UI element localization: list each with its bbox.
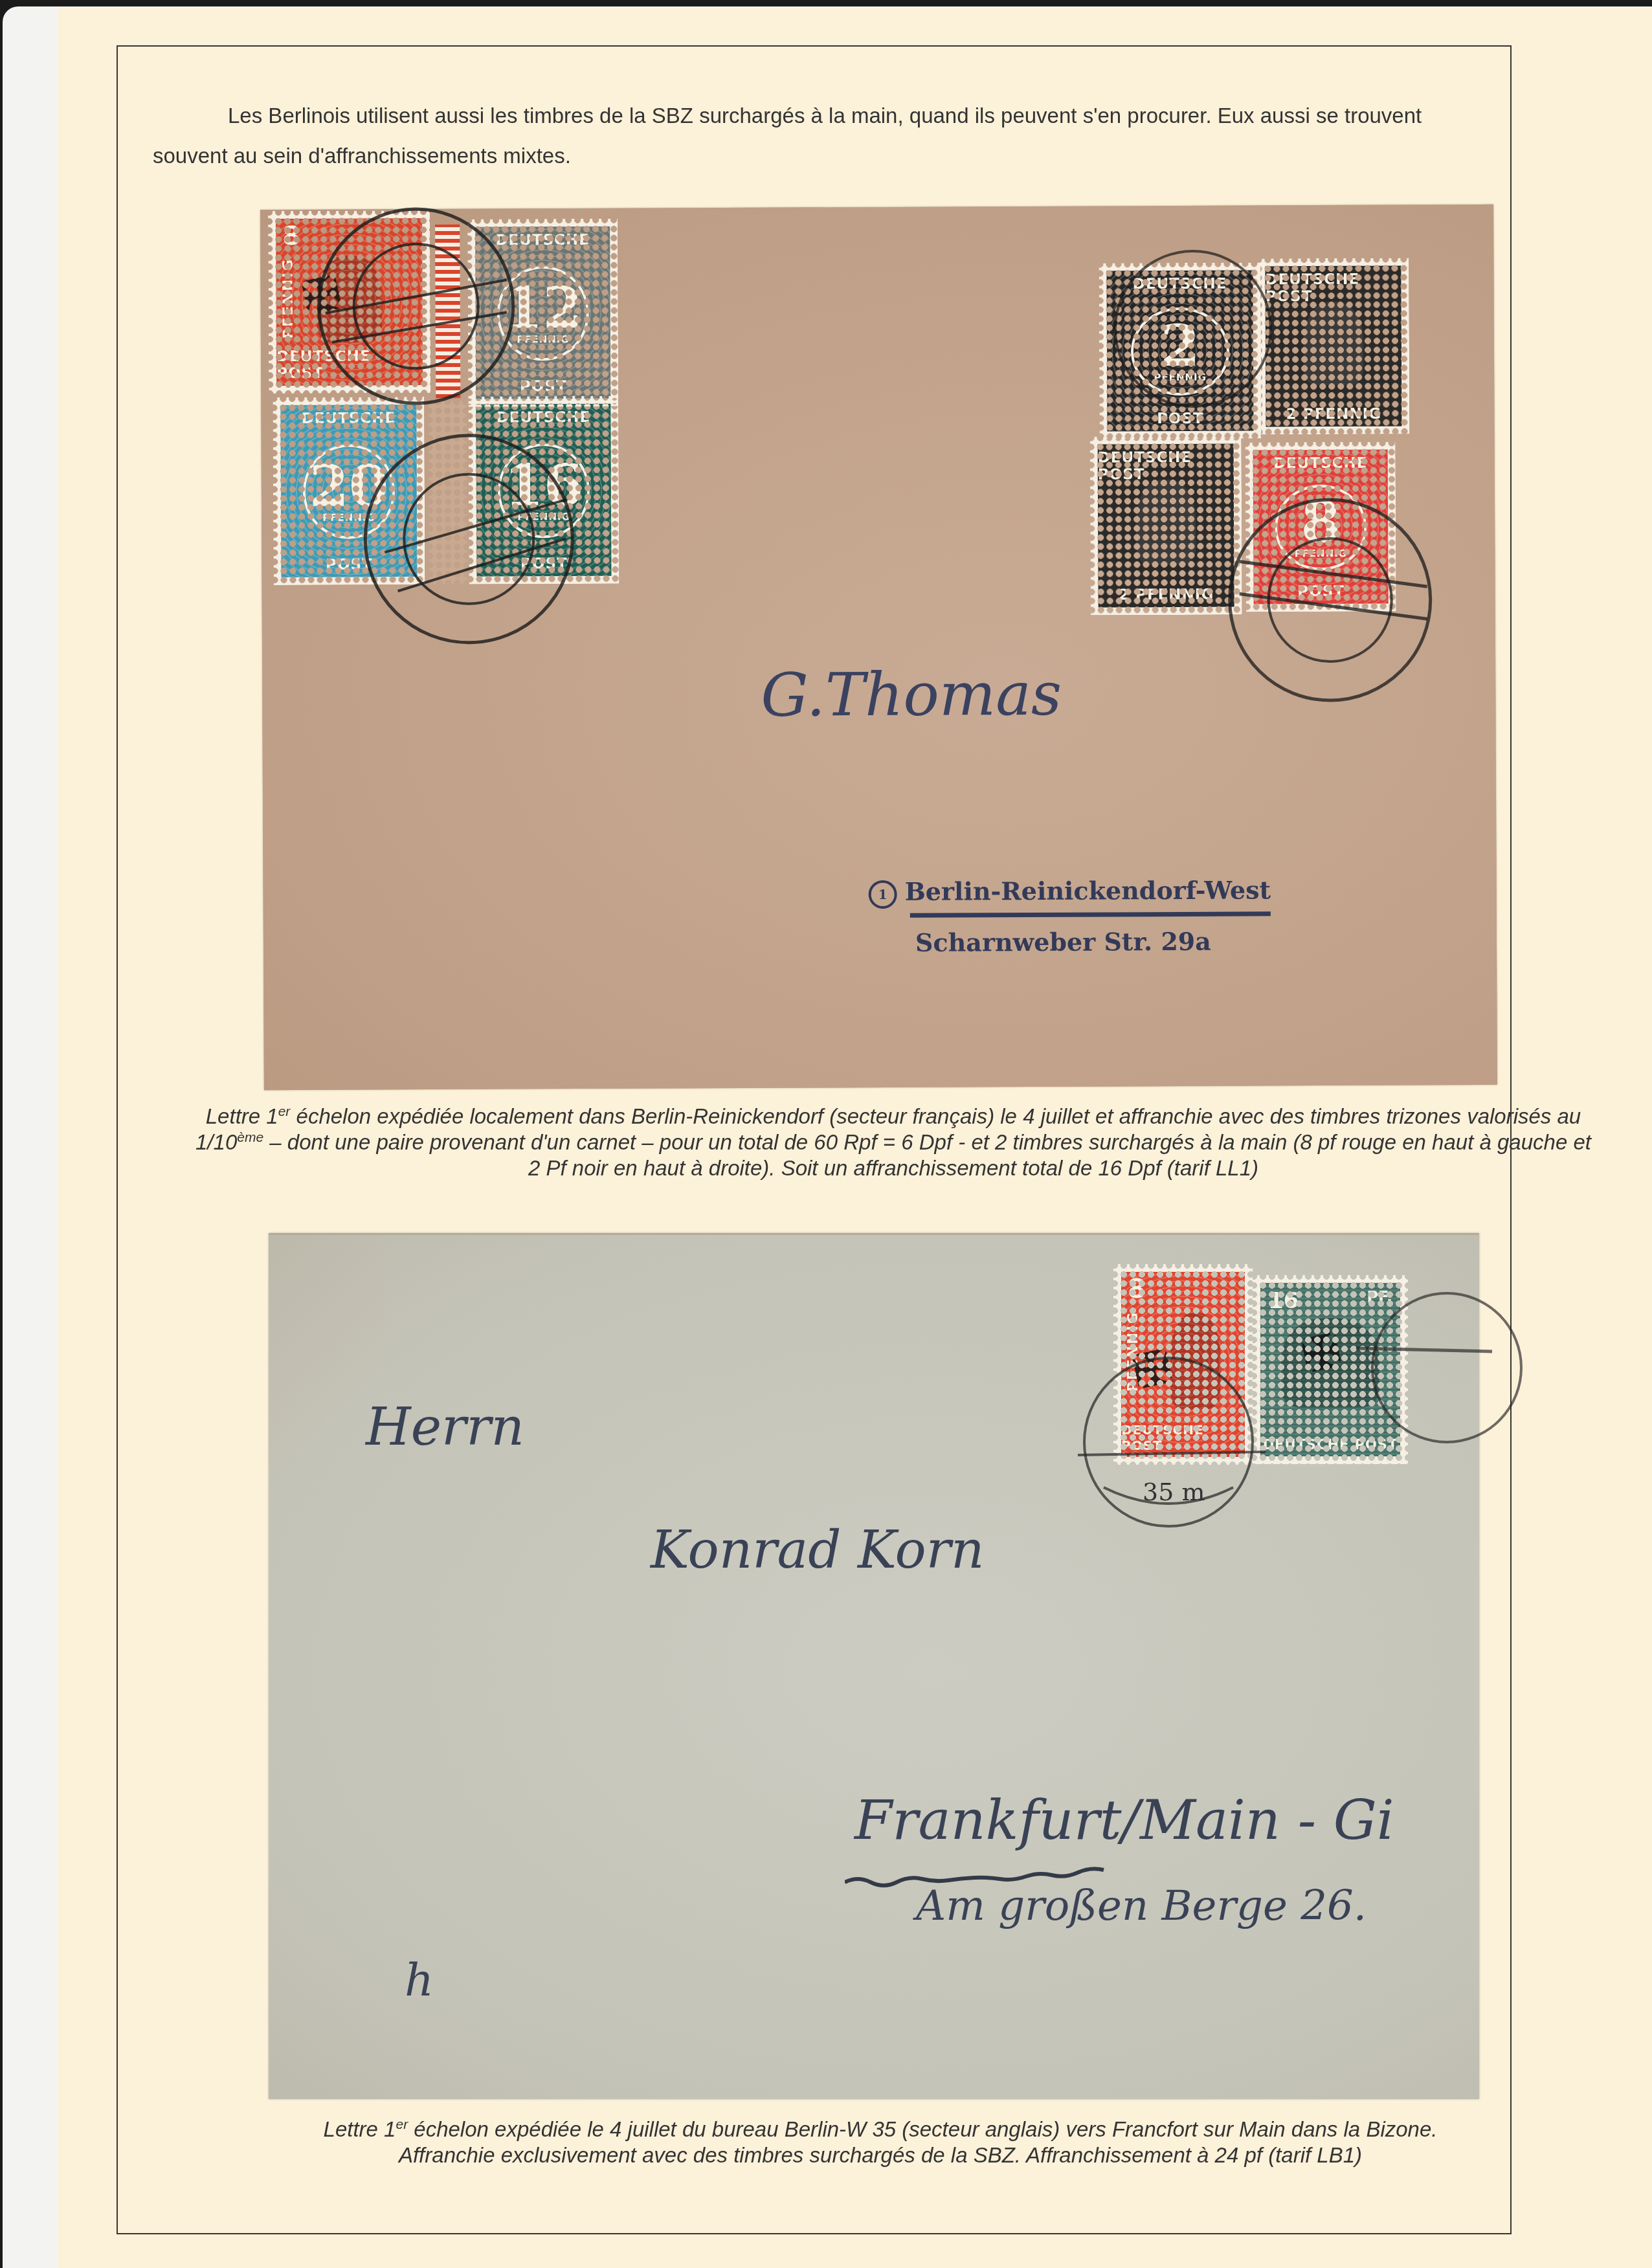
- initial-handwritten: h: [405, 1953, 434, 2007]
- worker-figure-icon: [1136, 480, 1196, 564]
- intro-line-2: souvent au sein d'affranchissements mixt…: [153, 144, 571, 168]
- stamp-8pf-red-numeral: DEUTSCHE 8PFENNIG POST: [1245, 442, 1396, 612]
- cover-1-caption: Lettre 1er échelon expédiée localement d…: [194, 1104, 1592, 1181]
- recipient-city-handwritten: Frankfurt/Main - Gi: [854, 1788, 1394, 1852]
- cover-2-caption: Lettre 1er échelon expédiée le 4 juillet…: [207, 2117, 1554, 2168]
- worker-figure-icon: [1303, 301, 1363, 384]
- stamp-12pf-grey: DEUTSCHE 12PFENNIG POST: [467, 219, 618, 407]
- salutation-handwritten: Herrn: [366, 1397, 524, 1457]
- booklet-gutter: [428, 401, 467, 584]
- booklet-margin-strip: [435, 225, 460, 398]
- stamp-2pf-black-worker: DEUTSCHE POST 2 PFENNIG: [1090, 436, 1242, 616]
- stamp-20pf-blue: DEUTSCHE 20PFENNIG POST: [273, 397, 425, 585]
- stamp-16pf-green-workers: 16 PF. ✠ DEUTSCHE POST: [1253, 1275, 1408, 1464]
- intro-line-1: Les Berlinois utilisent aussi les timbre…: [228, 104, 1422, 128]
- address-underline: [910, 911, 1271, 917]
- postmark-code-35m: 35 m: [1143, 1478, 1205, 1506]
- sower-figure-icon: [1170, 1313, 1220, 1409]
- stamp-2pf-black-numeral: DEUTSCHE 2PFENNIG POST: [1099, 262, 1261, 439]
- recipient-name-handwritten: Konrad Korn: [651, 1520, 984, 1580]
- sender-address-stamp: 1Berlin-Reinickendorf-West Scharnweber S…: [869, 875, 1271, 957]
- stamp-2pf-black-worker-overprint: DEUTSCHE POST 2 PFENNIG: [1257, 258, 1409, 434]
- district-number-badge: 1: [869, 880, 897, 908]
- sender-address-line-1: Berlin-Reinickendorf-West: [905, 875, 1271, 906]
- sender-address-line-2: Scharnweber Str. 29a: [915, 926, 1271, 957]
- stamp-16pf-green: DEUTSCHE 16PFENNIG POST: [468, 396, 619, 584]
- stamp-8pf-red-overprint: 8 PFENNIG ✠ DEUTSCHE POST: [268, 210, 430, 394]
- cover-2-envelope: 8 PFENNIG ✠ DEUTSCHE POST 16 PF. ✠ DEUTS…: [269, 1233, 1479, 2099]
- stamp-8pf-red-sower-overprint: 8 PFENNIG ✠ DEUTSCHE POST: [1113, 1264, 1253, 1465]
- envelope-flap: [269, 1235, 385, 1513]
- cover-1-envelope: 8 PFENNIG ✠ DEUTSCHE POST DEUTSCHE 12PFE…: [260, 205, 1497, 1090]
- intro-paragraph: Les Berlinois utilisent aussi les timbre…: [153, 96, 1609, 176]
- recipient-street-handwritten: Am großen Berge 26.: [916, 1882, 1367, 1930]
- sender-signature: G.Thomas: [761, 660, 1062, 730]
